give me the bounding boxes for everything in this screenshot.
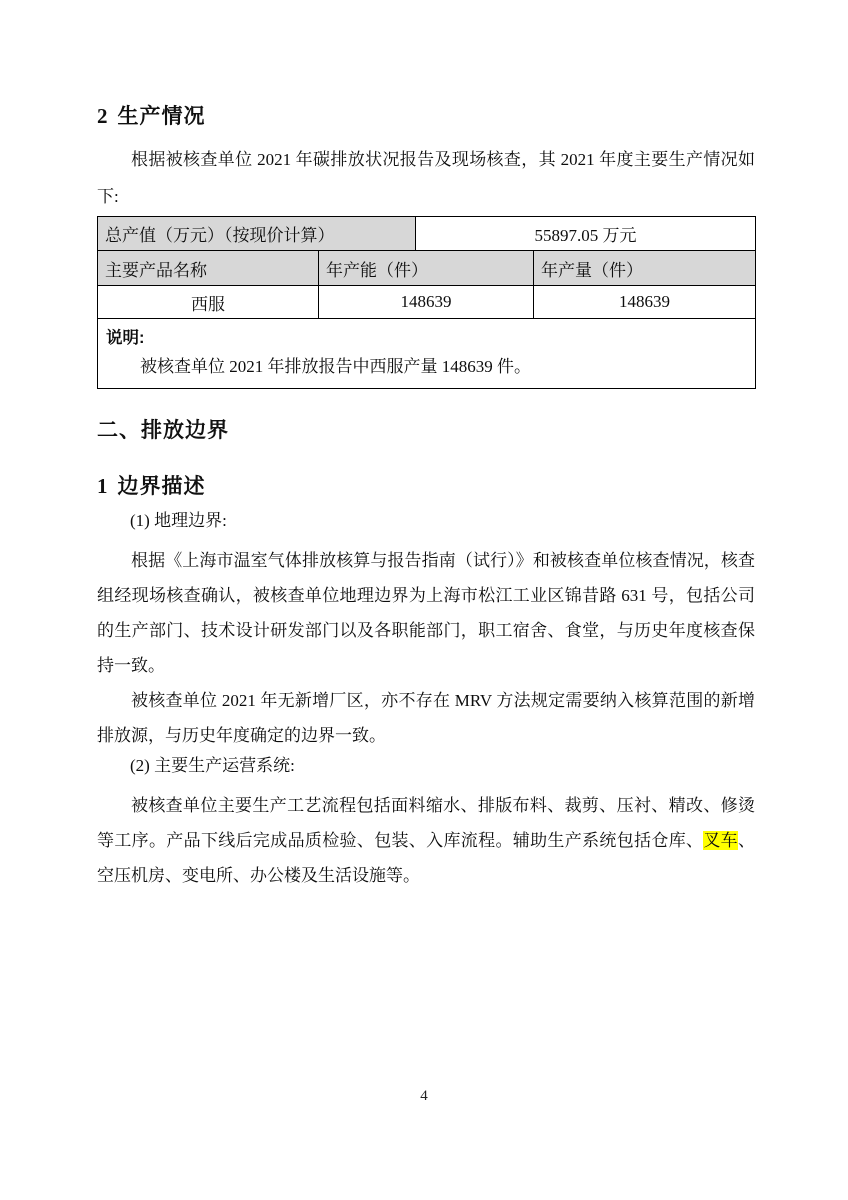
product-name-cell: 西服 — [98, 286, 319, 319]
heading-boundary-text: 二、排放边界 — [97, 419, 229, 442]
col-header-output: 年产量（件） — [534, 251, 756, 286]
page-number: 4 — [0, 1088, 848, 1105]
output-value-label-cell: 总产值（万元）（按现价计算） — [98, 217, 416, 251]
intro-paragraph: 根据被核查单位 2021 年碳排放状况报告及现场核查，其 2021 年度主要生产… — [97, 141, 755, 215]
col-header-capacity: 年产能（件） — [319, 251, 534, 286]
heading-production: 2生产情况 — [97, 100, 755, 130]
col-header-product: 主要产品名称 — [98, 251, 319, 286]
heading-production-text: 生产情况 — [118, 105, 206, 128]
new-sources-paragraph: 被核查单位 2021 年无新增厂区，亦不存在 MRV 方法规定需要纳入核算范围的… — [97, 683, 755, 753]
production-table: 总产值（万元）（按现价计算） 55897.05 万元 主要产品名称 年产能（件）… — [97, 216, 756, 389]
output-value-cell: 55897.05 万元 — [416, 217, 756, 251]
note-label: 说明: — [106, 324, 747, 352]
systems-paragraph: 被核查单位主要生产工艺流程包括面料缩水、排版布料、裁剪、压衬、精改、修烫等工序。… — [97, 788, 755, 893]
table-row-product: 西服 148639 148639 — [98, 286, 756, 319]
table-note-row: 说明: 被核查单位 2021 年排放报告中西服产量 148639 件。 — [98, 319, 756, 389]
capacity-value-cell: 148639 — [319, 286, 534, 319]
heading-production-number: 2 — [97, 104, 108, 128]
table-row-output-value: 总产值（万元）（按现价计算） 55897.05 万元 — [98, 217, 756, 251]
document-page: 2生产情况 根据被核查单位 2021 年碳排放状况报告及现场核查，其 2021 … — [0, 0, 848, 1200]
systems-text-before: 被核查单位主要生产工艺流程包括面料缩水、排版布料、裁剪、压衬、精改、修烫等工序。… — [97, 796, 755, 850]
note-text: 被核查单位 2021 年排放报告中西服产量 148639 件。 — [106, 352, 747, 382]
note-cell: 说明: 被核查单位 2021 年排放报告中西服产量 148639 件。 — [98, 319, 756, 389]
item-geographic-boundary: (1) 地理边界: — [97, 508, 788, 534]
item-production-systems: (2) 主要生产运营系统: — [97, 753, 788, 779]
highlighted-text-forklift: 叉车 — [703, 831, 738, 850]
heading-boundary-description-text: 边界描述 — [118, 475, 206, 498]
geographic-boundary-paragraph: 根据《上海市温室气体排放核算与报告指南（试行）》和被核查单位核查情况，核查组经现… — [97, 543, 755, 683]
table-header-row: 主要产品名称 年产能（件） 年产量（件） — [98, 251, 756, 286]
heading-boundary: 二、排放边界 — [97, 414, 755, 444]
output-quantity-cell: 148639 — [534, 286, 756, 319]
heading-boundary-description-number: 1 — [97, 474, 108, 498]
heading-boundary-description: 1边界描述 — [97, 470, 755, 500]
